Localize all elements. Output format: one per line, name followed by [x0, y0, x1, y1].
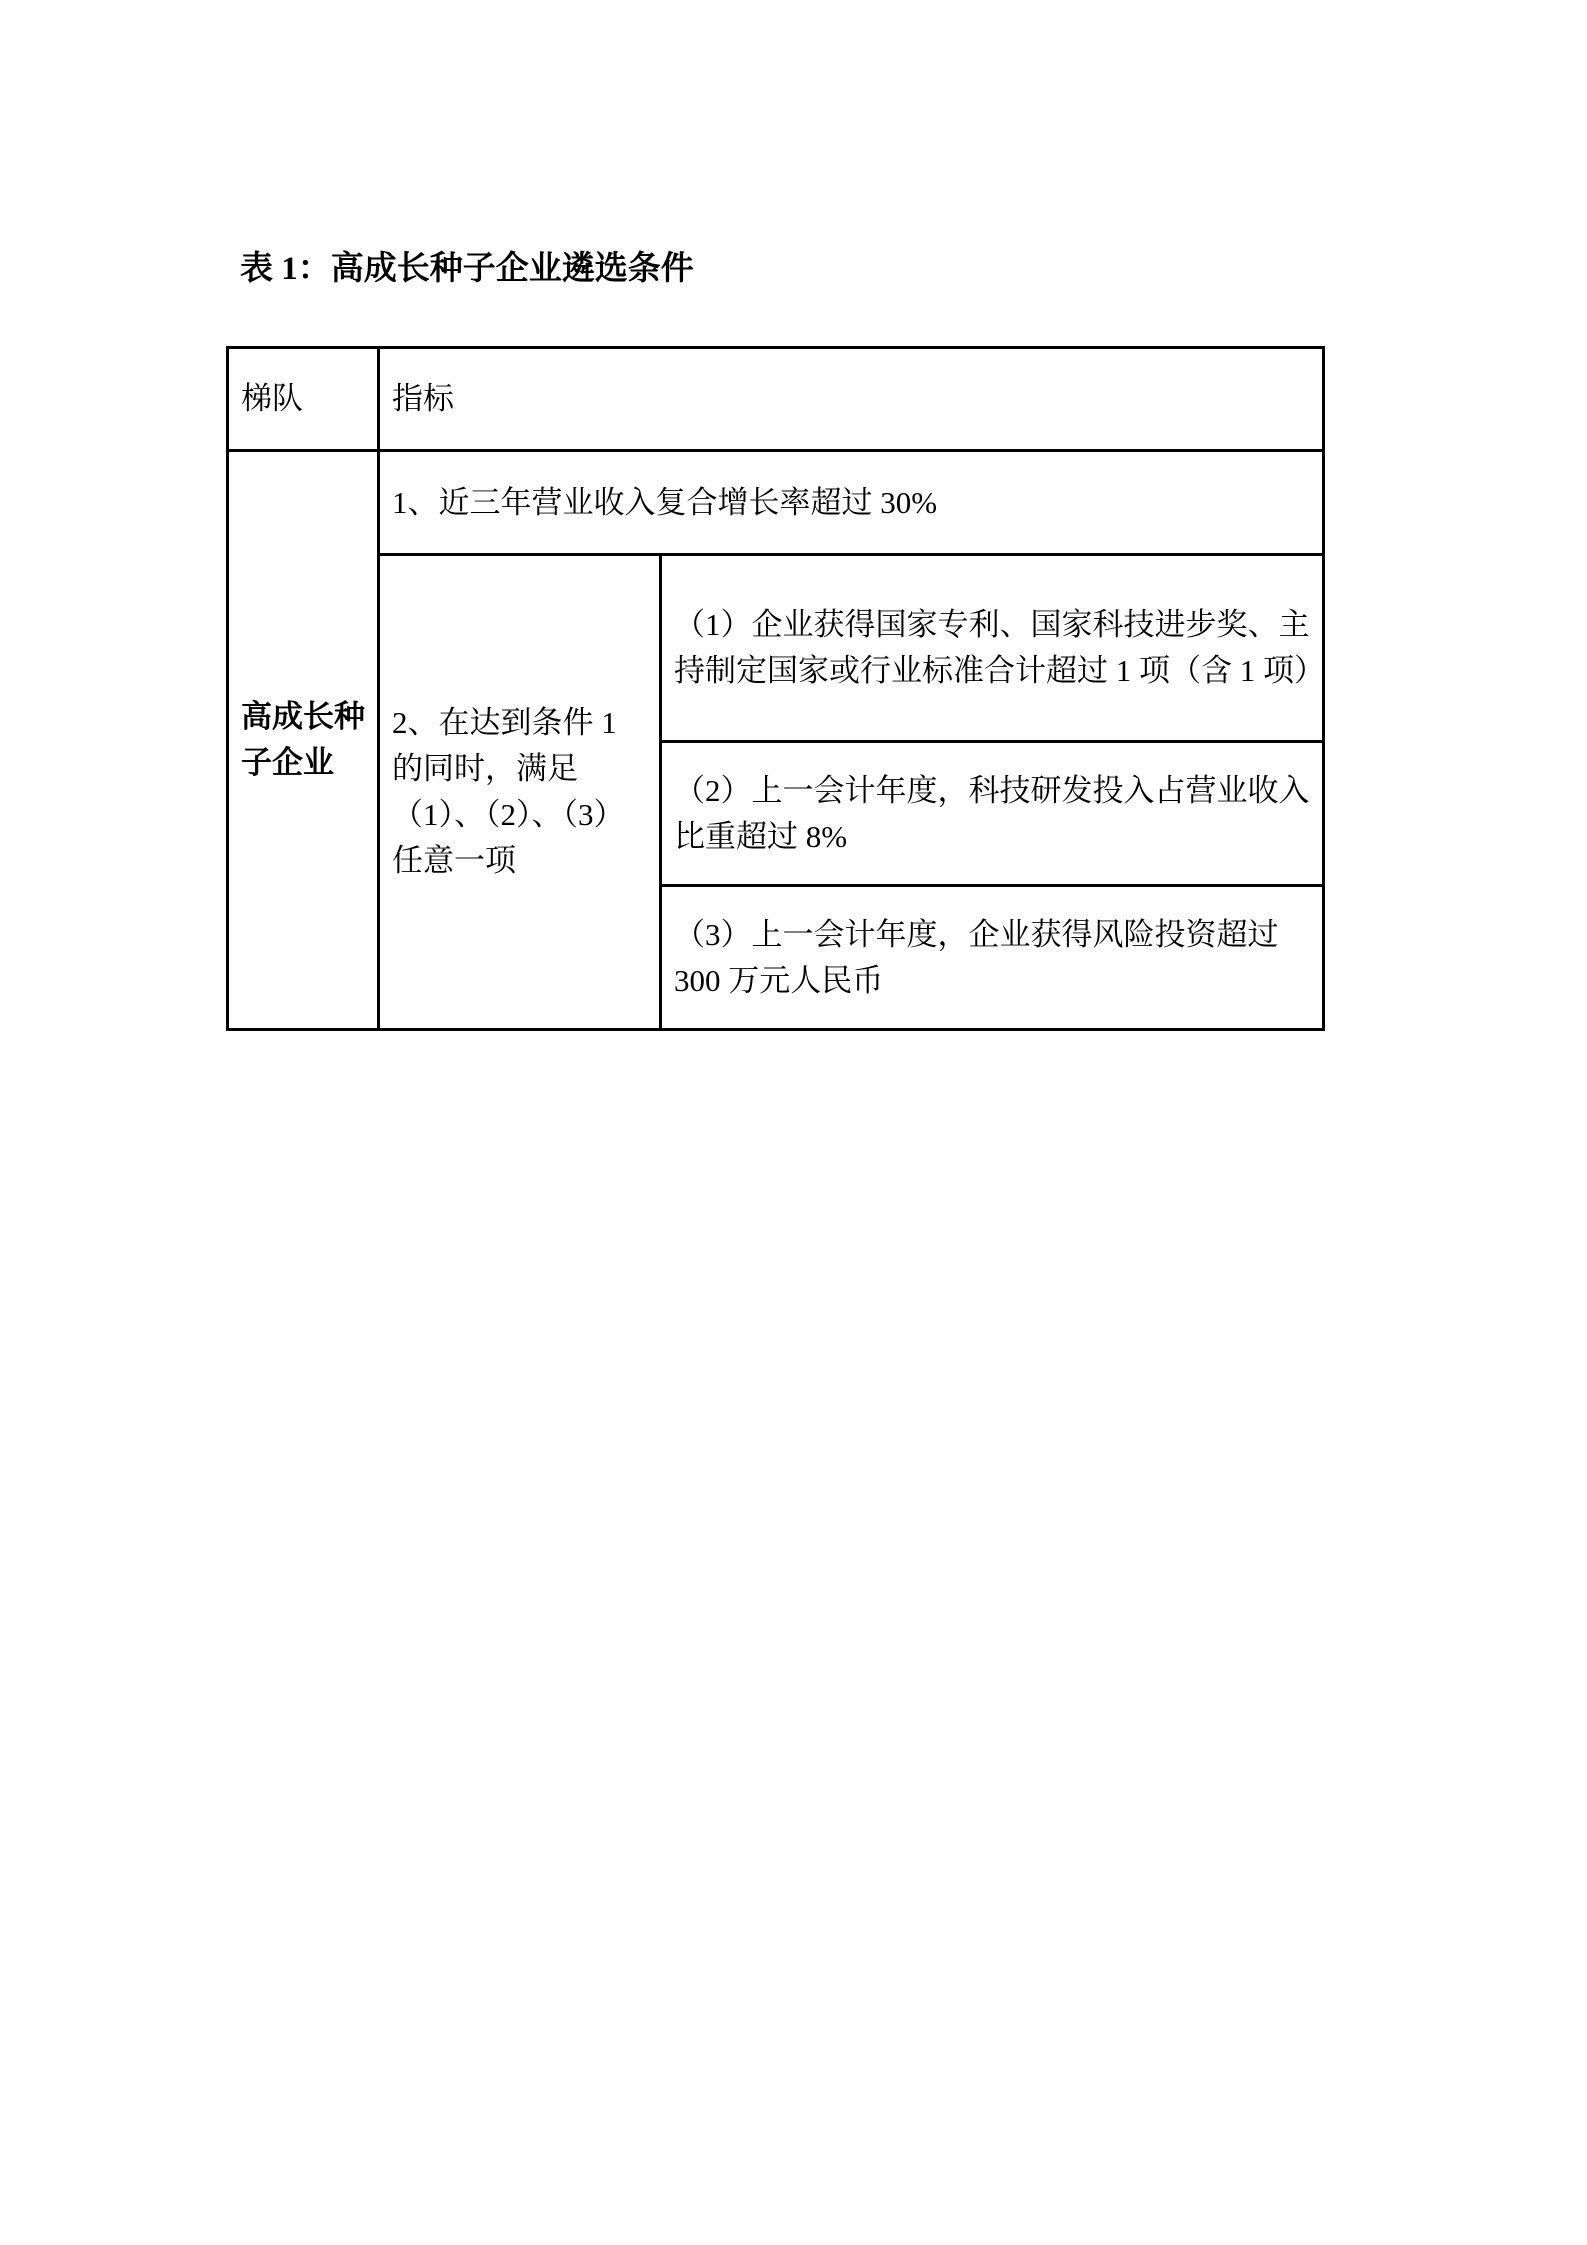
criteria-table: 梯队 指标 高成长种子企业 1、近三年营业收入复合增长率超过 30% 2、在达到…: [226, 346, 1325, 1031]
header-cell-tier: 梯队: [228, 348, 379, 451]
sub-condition-3-cell: （3）上一会计年度，企业获得风险投资超过 300 万元人民币: [661, 886, 1324, 1030]
tier-name-cell: 高成长种子企业: [228, 451, 379, 1030]
sub-condition-2-cell: （2）上一会计年度，科技研发投入占营业收入比重超过 8%: [661, 742, 1324, 886]
sub-condition-1-row: 2、在达到条件 1 的同时，满足（1）、（2）、（3）任意一项 （1）企业获得国…: [228, 555, 1324, 742]
header-cell-indicator: 指标: [379, 348, 1324, 451]
header-row: 梯队 指标: [228, 348, 1324, 451]
condition-1-row: 高成长种子企业 1、近三年营业收入复合增长率超过 30%: [228, 451, 1324, 555]
table-caption: 表 1：高成长种子企业遴选条件: [240, 249, 694, 290]
sub-condition-1-cell: （1）企业获得国家专利、国家科技进步奖、主持制定国家或行业标准合计超过 1 项（…: [661, 555, 1324, 742]
condition-1-cell: 1、近三年营业收入复合增长率超过 30%: [379, 451, 1324, 555]
condition-2-cell: 2、在达到条件 1 的同时，满足（1）、（2）、（3）任意一项: [379, 555, 661, 1030]
document-page: 表 1：高成长种子企业遴选条件 梯队 指标 高成长种子企业 1、近三年营业收入复…: [0, 0, 1587, 2245]
